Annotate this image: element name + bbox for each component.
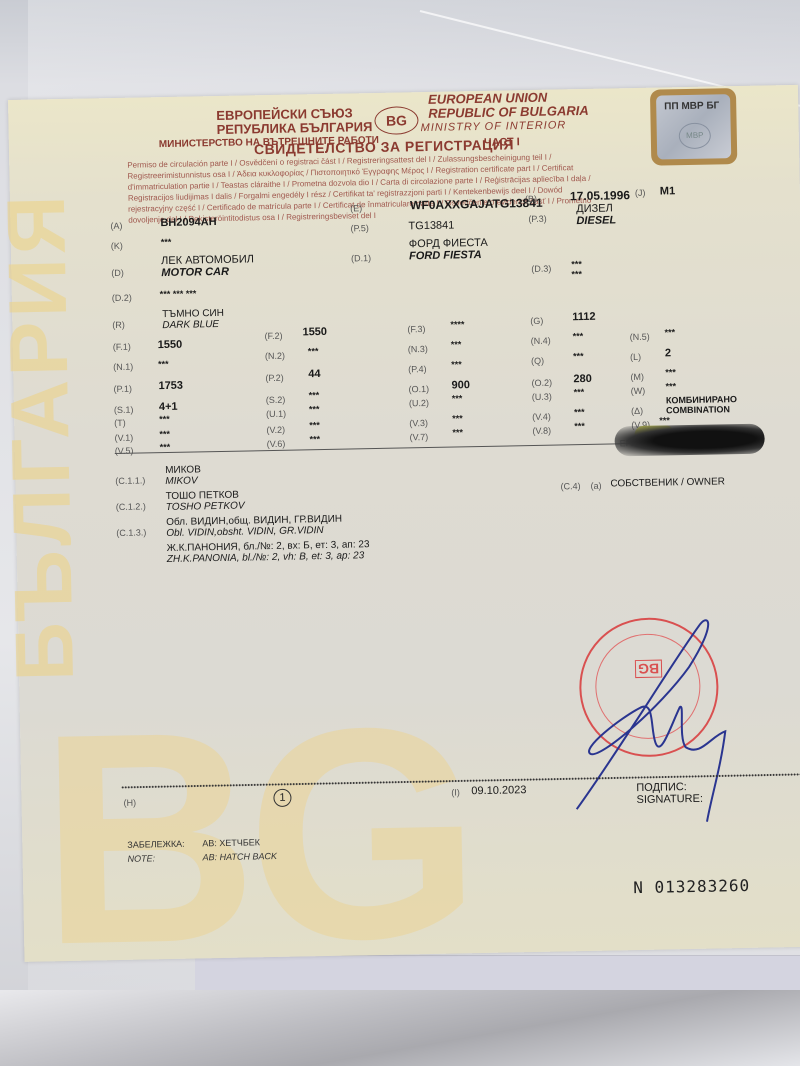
holder-role: СОБСТВЕНИК / OWNER xyxy=(610,476,725,489)
label-o1: (O.1) xyxy=(409,384,430,394)
vin-number: WF0AXXGAJATG13841 xyxy=(410,196,543,213)
label-f3: (F.3) xyxy=(407,324,425,334)
emission-nox: *** xyxy=(452,413,463,423)
axle-1: *** xyxy=(158,359,169,369)
header-republic-bg: РЕПУБЛИКА БЪЛГАРИЯ xyxy=(216,119,372,137)
note-label-bg: ЗАБЕЛЕЖКА: xyxy=(127,839,185,850)
signature-label-bg: ПОДПИС: xyxy=(636,781,687,794)
label-c12: (C.1.2.) xyxy=(116,501,146,512)
label-l: (L) xyxy=(630,352,641,362)
issue-date: 09.10.2023 xyxy=(471,784,526,797)
label-r: (R) xyxy=(112,320,125,330)
label-d2: (D.2) xyxy=(112,293,132,303)
number-of-axles: 2 xyxy=(665,347,671,359)
permissible-mass: 1550 xyxy=(302,326,327,338)
fuel-type-bg: ДИЗЕЛ xyxy=(576,202,613,215)
surname-bg: МИКОВ xyxy=(165,464,201,476)
vehicle-type-en: MOTOR CAR xyxy=(161,266,229,279)
make-model-en: FORD FIESTA xyxy=(409,249,482,262)
redacted-id xyxy=(614,424,765,457)
address-line1-en: Obl. VIDIN,obsht. VIDIN, GR.VIDIN xyxy=(166,525,323,539)
label-u1: (U.1) xyxy=(266,409,286,419)
label-k: (K) xyxy=(111,241,123,251)
vehicle-type-bg: ЛЕК АВТОМОБИЛ xyxy=(161,253,254,267)
vertical-watermark: БЪЛГАРИЯ xyxy=(20,118,112,719)
label-v3: (V.3) xyxy=(409,418,428,428)
header-ministry-en: MINISTRY OF INTERIOR xyxy=(421,119,567,134)
service-mass: 1112 xyxy=(572,311,595,323)
axle-2: *** xyxy=(308,346,319,356)
engine-speed: *** xyxy=(452,393,463,403)
label-e: (E) xyxy=(350,203,362,213)
label-o2: (O.2) xyxy=(531,378,552,388)
label-v8: (V.8) xyxy=(532,426,551,436)
label-h: (H) xyxy=(123,798,136,808)
first-registration-date: 17.05.1996 xyxy=(570,188,630,203)
label-d1: (D.1) xyxy=(351,253,371,263)
unbraked-trailer-mass: 280 xyxy=(573,373,592,385)
label-v6: (V.6) xyxy=(267,439,286,449)
label-p1: (P.1) xyxy=(113,384,132,394)
label-d: (D) xyxy=(111,268,124,278)
label-p2: (P.2) xyxy=(265,373,284,383)
label-c4: (C.4) xyxy=(560,481,580,491)
fuel-tank: *** xyxy=(666,381,677,391)
emission-hc-nox: *** xyxy=(574,407,585,417)
label-n5: (N.5) xyxy=(630,332,650,342)
label-s1: (S.1) xyxy=(114,405,134,415)
combination-mass: **** xyxy=(450,319,464,329)
hologram-text: ПП МВР БГ xyxy=(664,100,719,112)
signature-label-en: SIGNATURE: xyxy=(636,793,703,806)
address-line2-en: ZH.K.PANONIA, bl./№: 2, vh: B, et: 3, ap… xyxy=(167,550,365,565)
label-u2: (U.2) xyxy=(409,398,429,408)
fuel-type-en: DIESEL xyxy=(576,214,616,227)
registration-number: BH2094AH xyxy=(160,216,216,229)
label-v5: (V.5) xyxy=(115,446,134,456)
wheelbase: *** xyxy=(665,367,676,377)
smoke-absorption: *** xyxy=(309,434,320,444)
stationary-noise: *** xyxy=(309,404,320,414)
engine-code: TG13841 xyxy=(408,219,454,232)
standing-places: *** xyxy=(309,390,320,400)
given-name-en: TOSHO PETKOV xyxy=(166,501,245,514)
emission-hc: *** xyxy=(309,420,320,430)
label-w: (W) xyxy=(631,386,646,396)
environmental-class: *** xyxy=(659,415,670,425)
vehicle-category: M1 xyxy=(660,185,676,197)
engine-capacity: 1753 xyxy=(158,380,183,392)
note-value-bg: АВ: ХЕТЧБЕК xyxy=(202,837,260,848)
drive-by-noise: *** xyxy=(574,387,585,397)
co2: *** xyxy=(452,427,463,437)
axle-3: *** xyxy=(451,339,462,349)
label-b: (B) xyxy=(525,194,537,204)
engine-power: 44 xyxy=(308,368,320,380)
label-d3: (D.3) xyxy=(531,264,551,274)
registration-certificate: БЪЛГАРИЯ BG ЕВРОПЕЙСКИ СЪЮЗ РЕПУБЛИКА БЪ… xyxy=(8,85,800,962)
label-n4: (N.4) xyxy=(531,336,551,346)
label-i: (I) xyxy=(451,787,460,797)
label-a: (A) xyxy=(110,221,122,231)
label-g: (G) xyxy=(530,316,543,326)
label-m: (M) xyxy=(630,372,644,382)
max-mass: 1550 xyxy=(158,339,183,351)
label-c4-a: (a) xyxy=(590,481,601,491)
label-j: (J) xyxy=(635,188,646,198)
commercial-name-bg: *** xyxy=(571,259,582,269)
label-c13: (C.1.3.) xyxy=(116,527,146,538)
variant-version: *** *** *** xyxy=(160,288,197,299)
label-p3: (P.3) xyxy=(528,214,547,224)
type-approval: *** xyxy=(161,237,172,247)
label-q: (Q) xyxy=(531,356,544,366)
label-u3: (U.3) xyxy=(532,392,552,402)
axle-5: *** xyxy=(664,327,675,337)
cycle-en: COMBINATION xyxy=(666,404,730,415)
label-v4: (V.4) xyxy=(532,412,551,422)
serial-number: N 013283260 xyxy=(633,876,750,897)
axle-4: *** xyxy=(573,331,584,341)
country-code-badge: BG xyxy=(374,106,419,135)
power-weight-ratio: *** xyxy=(573,351,584,361)
max-speed: *** xyxy=(159,414,170,424)
label-n2: (N.2) xyxy=(265,351,285,361)
rated-speed: *** xyxy=(451,359,462,369)
hologram-emblem-icon: МВР xyxy=(679,123,711,150)
note-value-en: AB: HATCH BACK xyxy=(202,851,277,862)
label-delta: (Δ) xyxy=(631,406,643,416)
fuel-consumption: *** xyxy=(574,421,585,431)
label-n3: (N.3) xyxy=(408,344,428,354)
seats: 4+1 xyxy=(159,401,178,413)
particulates: *** xyxy=(160,442,171,452)
label-f2: (F.2) xyxy=(264,331,282,341)
header-republic-en: REPUBLIC OF BULGARIA xyxy=(428,103,589,121)
label-p5: (P.5) xyxy=(350,223,369,233)
label-s2: (S.2) xyxy=(266,395,286,405)
label-n1: (N.1) xyxy=(113,362,133,372)
braked-trailer-mass: 900 xyxy=(451,379,470,391)
note-label-en: NOTE: xyxy=(127,853,155,864)
label-f1: (F.1) xyxy=(113,342,131,352)
label-t: (T) xyxy=(114,418,126,428)
surname-en: MIKOV xyxy=(165,475,197,487)
color-en: DARK BLUE xyxy=(162,319,219,331)
label-c11: (C.1.1.) xyxy=(115,475,145,486)
document-part: ЧАСТ I xyxy=(484,136,520,149)
commercial-name-en: *** xyxy=(571,269,582,279)
emission-co: *** xyxy=(159,429,170,439)
hologram-seal: ПП МВР БГ МВР xyxy=(650,88,737,166)
label-v7: (V.7) xyxy=(409,432,428,442)
bg-watermark: BG xyxy=(37,681,473,989)
label-v1: (V.1) xyxy=(114,433,133,443)
label-v2: (V.2) xyxy=(266,425,285,435)
section-divider xyxy=(115,443,645,454)
label-p4: (P.4) xyxy=(408,364,427,374)
